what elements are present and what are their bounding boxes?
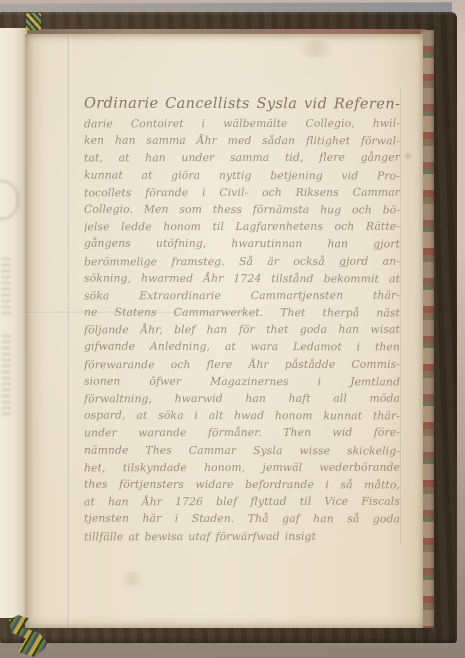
manuscript-line: ne Statens Cammarwerket. Thet therpå näs… xyxy=(84,304,400,322)
headband-top xyxy=(26,13,41,30)
manuscript-line: nämnde Thes Cammar Sysla wisse skickelig… xyxy=(84,441,400,459)
manuscript-line: tocollets förande i Civil- och Riksens C… xyxy=(84,183,400,201)
facing-page-edge xyxy=(0,28,27,618)
manuscript-line: het, tilskyndade honom, jemwäl wederböra… xyxy=(84,458,400,476)
manuscript-line: darie Contoiret i wälbemälte Collegio, h… xyxy=(84,115,400,133)
manuscript-heading-line: Ordinarie Cancellists Sysla vid Referen- xyxy=(84,94,400,116)
paper-stain xyxy=(293,40,339,58)
manuscript-line: Collegio. Men som thess förnämsta hug oc… xyxy=(84,201,400,219)
show-through-script xyxy=(2,333,11,415)
handwritten-text-block: Ordinarie Cancellists Sysla vid Referen-… xyxy=(84,94,400,545)
manuscript-line: tillfälle at bewisa utaf förwärfwad insi… xyxy=(84,527,400,545)
manuscript-line: thes förtjensters widare befordrande i s… xyxy=(84,476,400,494)
manuscript-line: förewarande och flere Åhr påstådde Commi… xyxy=(84,355,400,373)
paper-stain xyxy=(403,152,413,160)
show-through-stamp xyxy=(0,180,19,220)
manuscript-line: ken han samma Åhr med sådan flitighet fö… xyxy=(84,132,400,150)
page-vertical-crease xyxy=(67,34,71,628)
manuscript-photo: { "document": { "kind": "Handwritten man… xyxy=(0,0,465,658)
manuscript-line: at han Åhr 1726 blef flyttad til Vice Fi… xyxy=(84,493,400,511)
manuscript-line: följande Åhr, blef han för thet goda han… xyxy=(84,321,400,339)
manuscript-line: tat, at han under samma tid, flere gånge… xyxy=(84,149,400,167)
manuscript-line: sionen öfwer Magazinernes i Jemtland xyxy=(84,372,400,390)
paper-stain xyxy=(117,572,147,587)
manuscript-line: gifwande Anledning, at wara Ledamot i th… xyxy=(84,338,400,356)
manuscript-line: ospard, at söka i alt hwad honom kunnat … xyxy=(84,407,400,425)
manuscript-line: söka Extraordinarie Cammartjensten thär- xyxy=(84,287,400,305)
manuscript-line: berömmelige framsteg. Så är också gjord … xyxy=(84,252,400,270)
manuscript-line: under warande förmåner. Then wid före- xyxy=(84,424,400,442)
manuscript-line: jelse ledde honom til Lagfarenhetens och… xyxy=(84,218,400,236)
manuscript-line: kunnat at giöra nyttig betjening vid Pro… xyxy=(84,166,400,184)
manuscript-line: gångens utöfning, hwarutinnan han gjort xyxy=(84,235,400,253)
manuscript-page: Ordinarie Cancellists Sysla vid Referen-… xyxy=(25,34,423,628)
manuscript-line: tjensten här i Staden. Thå gaf han så go… xyxy=(84,510,400,528)
manuscript-line: sökning, hwarmed Åhr 1724 tilstånd bekom… xyxy=(84,269,400,287)
show-through-script xyxy=(2,256,11,314)
manuscript-line: förwaltning, hwarwid han haft all möda xyxy=(84,390,400,408)
right-margin-rule xyxy=(400,88,401,544)
